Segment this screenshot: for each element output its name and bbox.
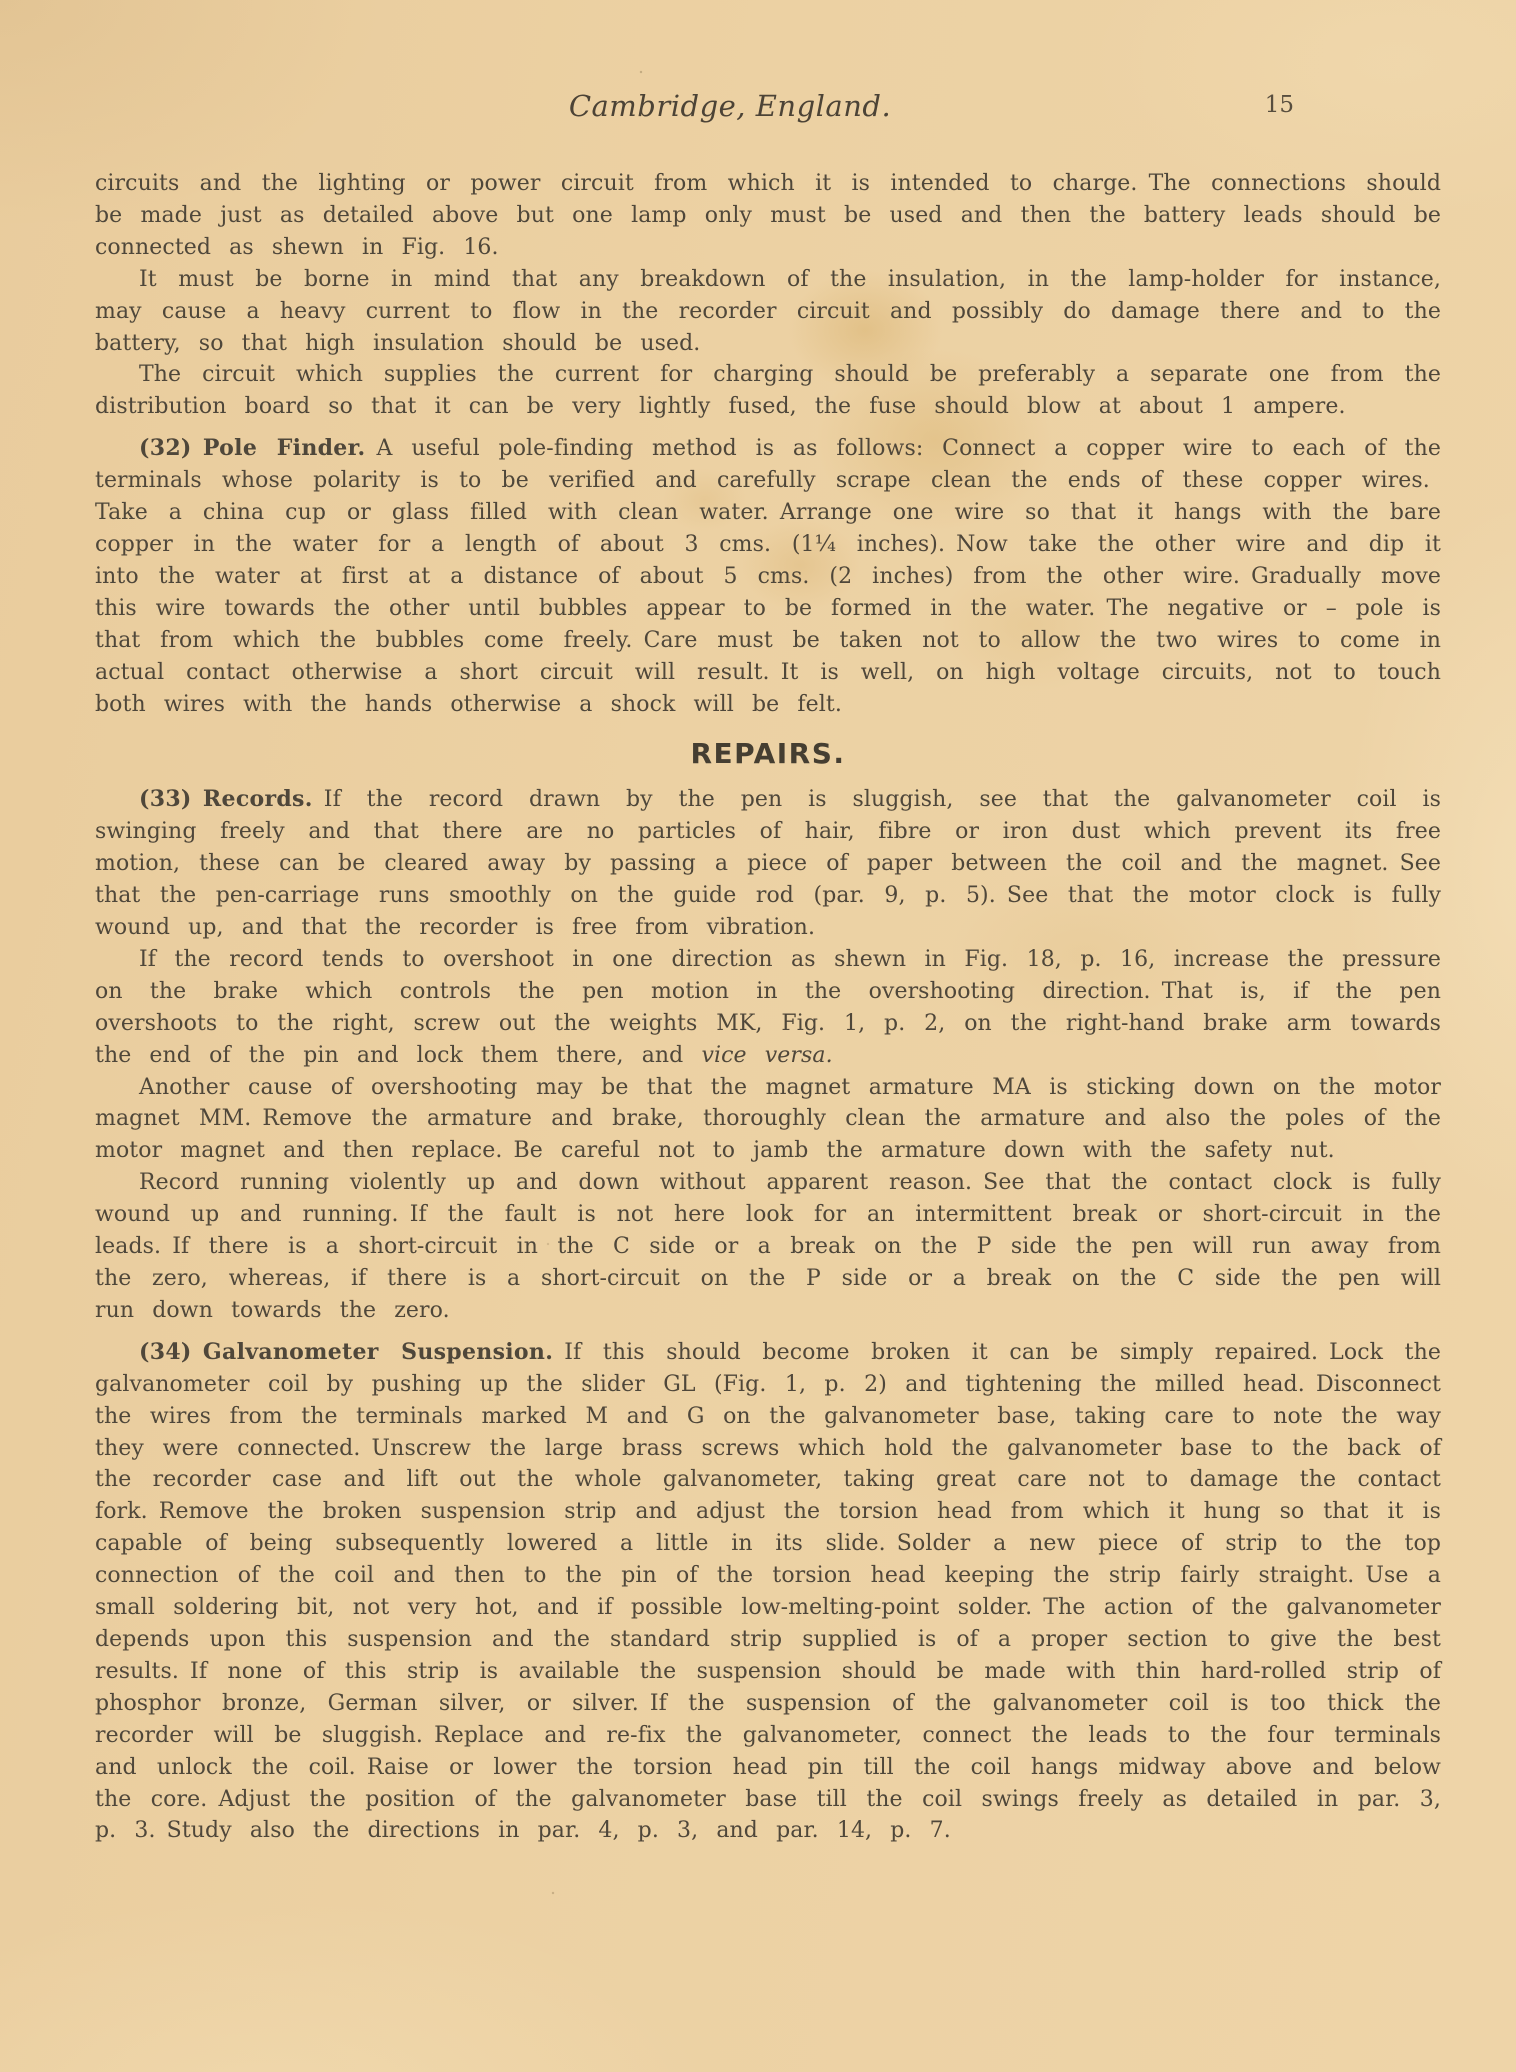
text-segment: Record running violently up and down wit… <box>95 1170 1441 1323</box>
para-record-running: Record running violently up and down wit… <box>95 1167 1441 1327</box>
text-segment: (32) Pole Finder. <box>139 435 365 461</box>
text-segment: (34) Galvanometer Suspension. <box>139 1339 553 1365</box>
text-segment: (33) Records. <box>139 786 313 812</box>
para-continuation: circuits and the lighting or power circu… <box>95 168 1441 264</box>
para-armature: Another cause of overshooting may be tha… <box>95 1072 1441 1168</box>
text-segment: vice versa. <box>701 1043 832 1068</box>
text-segment: It must be borne in mind that any breakd… <box>95 267 1441 356</box>
para-charging-circuit: The circuit which supplies the current f… <box>95 359 1441 423</box>
page-number: 15 <box>1265 92 1294 118</box>
text-segment: A useful pole-finding method is as follo… <box>95 436 1441 716</box>
para-insulation: It must be borne in mind that any breakd… <box>95 264 1441 360</box>
repairs-heading: REPAIRS. <box>95 738 1441 770</box>
text-segment: If this should become broken it can be s… <box>95 1340 1441 1844</box>
para-34-galvanometer-suspension: (34) Galvanometer Suspension. If this sh… <box>95 1337 1441 1848</box>
page-header: Cambridge, England. 15 <box>0 86 1516 134</box>
text-segment: circuits and the lighting or power circu… <box>95 171 1441 260</box>
para-overshoot: If the record tends to overshoot in one … <box>95 944 1441 1072</box>
scanned-manual-page: Cambridge, England. 15 circuits and the … <box>0 0 1516 2072</box>
para-33-records: (33) Records. If the record drawn by the… <box>95 784 1441 944</box>
text-segment: The circuit which supplies the current f… <box>95 362 1441 419</box>
text-segment: Another cause of overshooting may be tha… <box>95 1075 1441 1164</box>
para-32-pole-finder: (32) Pole Finder. A useful pole-finding … <box>95 433 1441 720</box>
text-block: circuits and the lighting or power circu… <box>95 168 1441 1847</box>
